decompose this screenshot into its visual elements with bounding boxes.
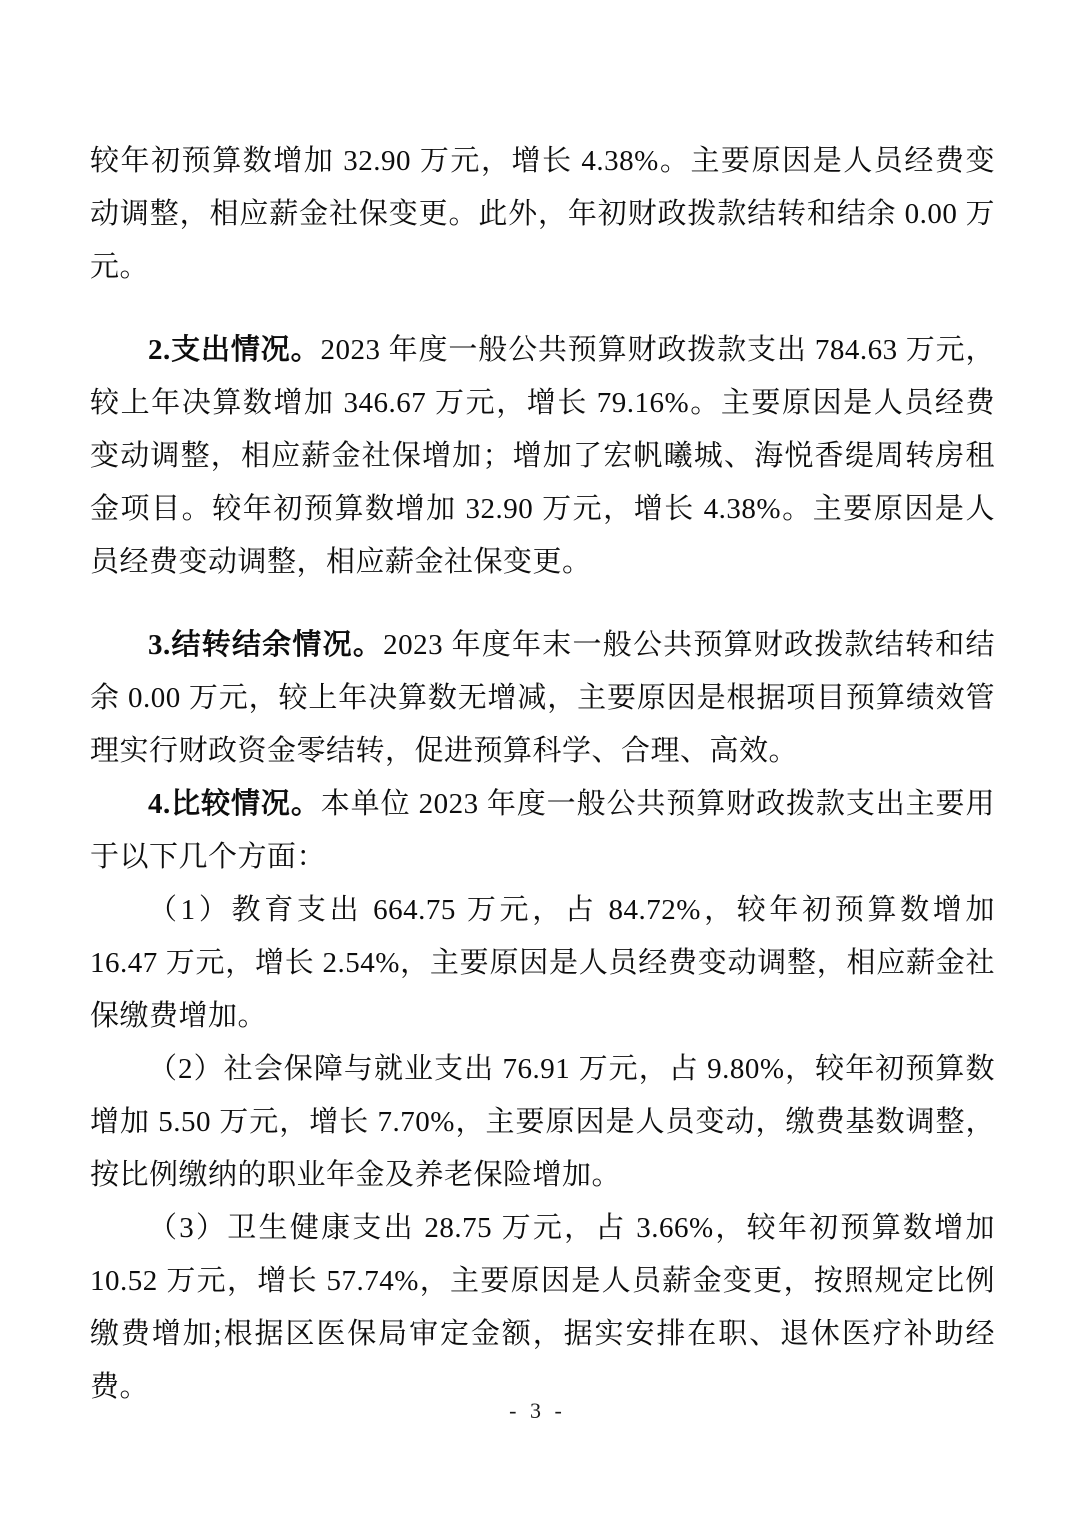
list-item-education: （1）教育支出 664.75 万元，占 84.72%，较年初预算数增加 16.4…	[90, 884, 995, 1043]
document-page: 较年初预算数增加 32.90 万元，增长 4.38%。主要原因是人员经费变动调整…	[0, 0, 1075, 1520]
paragraph-continuation: 较年初预算数增加 32.90 万元，增长 4.38%。主要原因是人员经费变动调整…	[90, 135, 995, 294]
paragraph-carryover: 3.结转结余情况。2023 年度年末一般公共预算财政拨款结转和结余 0.00 万…	[90, 619, 995, 778]
paragraph-expenditure-body: 2023 年度一般公共预算财政拨款支出 784.63 万元，较上年决算数增加 3…	[90, 334, 995, 578]
document-body: 较年初预算数增加 32.90 万元，增长 4.38%。主要原因是人员经费变动调整…	[90, 135, 995, 1414]
page-number: - 3 -	[0, 1398, 1075, 1424]
paragraph-expenditure: 2.支出情况。2023 年度一般公共预算财政拨款支出 784.63 万元，较上年…	[90, 324, 995, 589]
paragraph-comparison: 4.比较情况。本单位 2023 年度一般公共预算财政拨款支出主要用于以下几个方面…	[90, 778, 995, 884]
paragraph-carryover-heading: 3.结转结余情况。	[148, 629, 383, 661]
paragraph-expenditure-heading: 2.支出情况。	[148, 334, 320, 366]
list-item-social-security: （2）社会保障与就业支出 76.91 万元，占 9.80%，较年初预算数增加 5…	[90, 1043, 995, 1202]
paragraph-comparison-heading: 4.比较情况。	[148, 788, 321, 820]
list-item-health: （3）卫生健康支出 28.75 万元，占 3.66%，较年初预算数增加 10.5…	[90, 1202, 995, 1414]
